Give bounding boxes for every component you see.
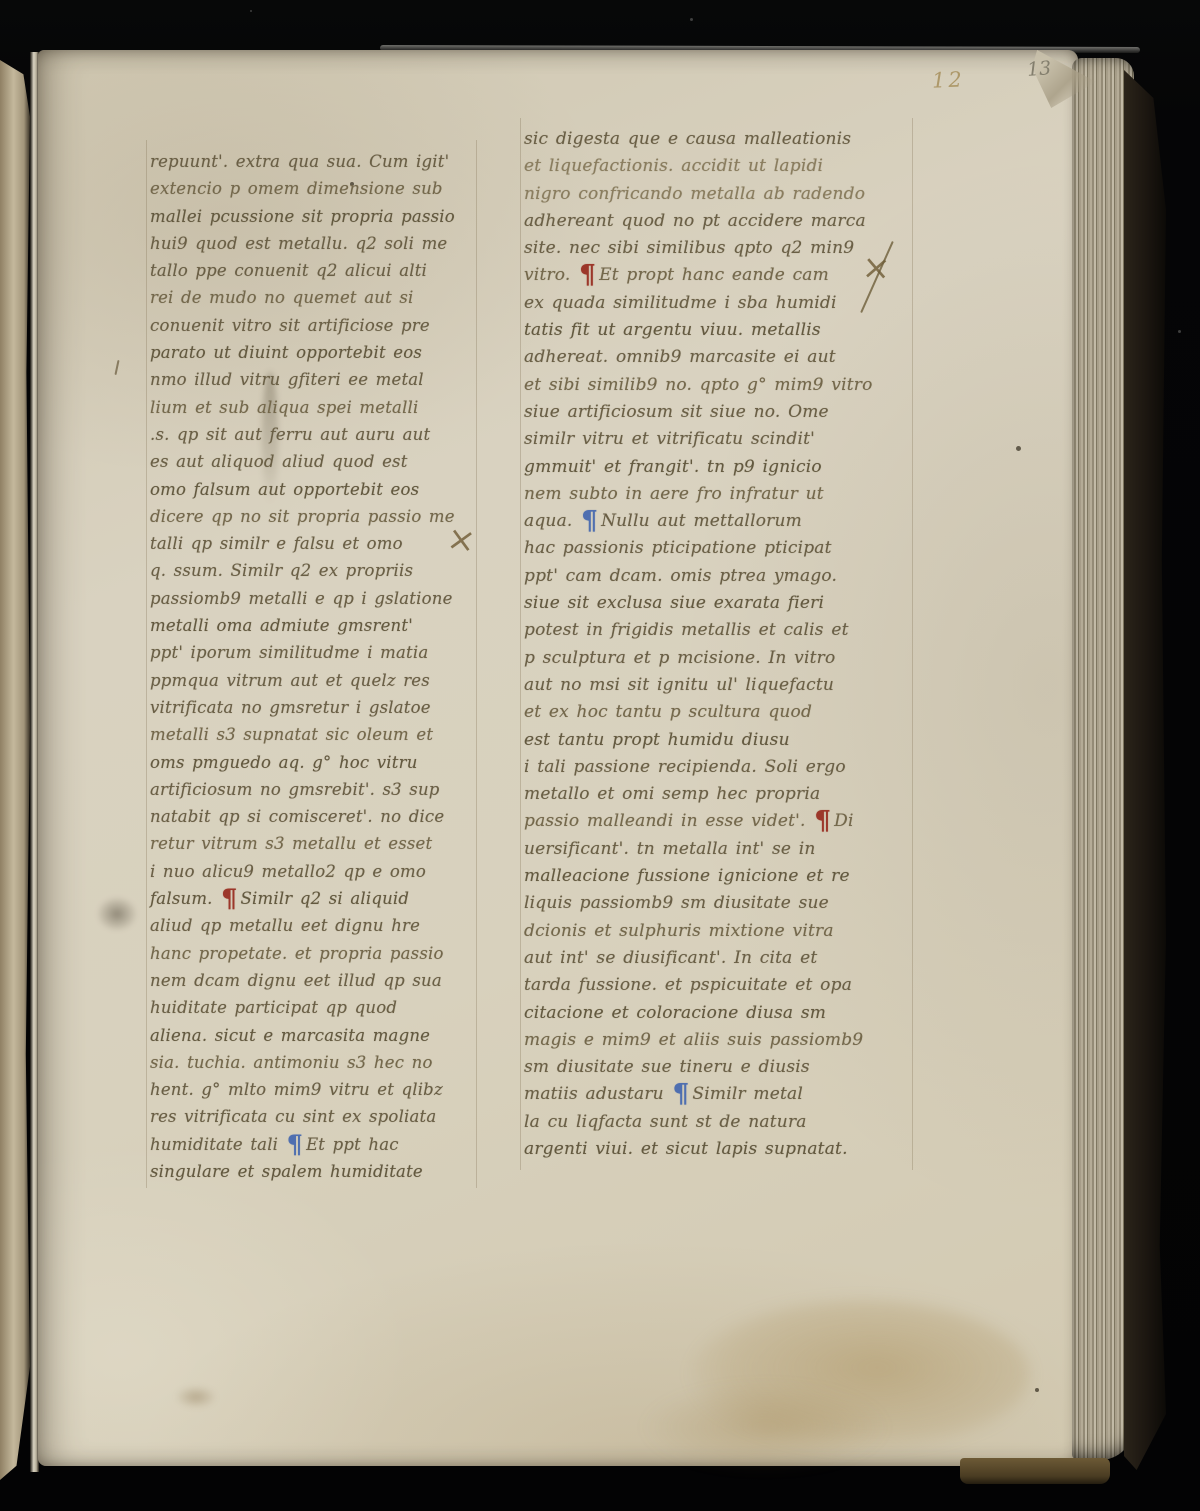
manuscript-line: aut no msi sit ignitu ul' liquefactu bbox=[524, 672, 910, 699]
manuscript-line: q. ssum. Similr q2 ex propriis bbox=[150, 557, 476, 584]
manuscript-line: vitrificata no gmsretur i gslatoe bbox=[150, 694, 476, 721]
manuscript-text-segment: metallo et omi semp hec propria bbox=[524, 784, 820, 804]
manuscript-line: nigro confricando metalla ab radendo bbox=[524, 181, 910, 208]
manuscript-text-segment: tarda fussione. et pspicuitate et opa bbox=[524, 975, 852, 995]
manuscript-line: et ex hoc tantu p scultura quod bbox=[524, 699, 910, 726]
manuscript-line: aut int' se diusificant'. In cita et bbox=[524, 945, 910, 972]
capitulum-mark-red-icon: ¶ bbox=[579, 259, 596, 290]
manuscript-text-segment: .s. qp sit aut ferru aut auru aut bbox=[150, 425, 430, 444]
manuscript-line: extencio p omem dimensione sub bbox=[150, 175, 476, 202]
manuscript-text-segment: et ex hoc tantu p scultura quod bbox=[524, 702, 812, 722]
manuscript-text-segment: oms pmguedo aq. g° hoc vitru bbox=[150, 753, 418, 772]
manuscript-text-segment: siue sit exclusa siue exarata fieri bbox=[524, 593, 824, 613]
manuscript-line: magis e mim9 et aliis suis passiomb9 bbox=[524, 1027, 910, 1054]
manuscript-line: potest in frigidis metallis et calis et bbox=[524, 617, 910, 644]
manuscript-line: falsum. ¶Similr q2 si aliquid bbox=[150, 885, 476, 912]
manuscript-text-segment: uersificant'. tn metalla int' se in bbox=[524, 839, 816, 859]
manuscript-line: natabit qp si comisceret'. no dice bbox=[150, 803, 476, 830]
manuscript-text-segment: talli qp similr e falsu et omo bbox=[150, 534, 403, 553]
manuscript-text-segment: ex quada similitudme i sba humidi bbox=[524, 293, 837, 313]
manuscript-text-segment: ppmqua vitrum aut et quelz res bbox=[150, 671, 430, 690]
manuscript-text-segment: nem dcam dignu eet illud qp sua bbox=[150, 971, 442, 990]
manuscript-text-segment: hanc propetate. et propria passio bbox=[150, 944, 444, 963]
dust-speck bbox=[1178, 330, 1181, 333]
manuscript-text-segment: aut int' se diusificant'. In cita et bbox=[524, 948, 817, 968]
manuscript-line: aqua. ¶Nullu aut mettallorum bbox=[524, 508, 910, 535]
manuscript-text-segment: nigro confricando metalla ab radendo bbox=[524, 184, 865, 204]
capitulum-mark-red-icon: ¶ bbox=[814, 805, 831, 836]
capitulum-mark-blue-icon: ¶ bbox=[287, 1130, 303, 1160]
manuscript-text-segment: argenti viui. et sicut lapis supnatat. bbox=[524, 1139, 848, 1159]
manuscript-line: sic digesta que e causa malleationis bbox=[524, 126, 910, 153]
manuscript-text-segment: i tali passione recipienda. Soli ergo bbox=[524, 757, 846, 777]
manuscript-line: et liquefactionis. accidit ut lapidi bbox=[524, 153, 910, 180]
manuscript-text-segment: passiomb9 metalli e qp i gslatione bbox=[150, 589, 453, 608]
manuscript-text-segment: Nullu aut mettallorum bbox=[601, 511, 802, 531]
manuscript-line: aliena. sicut e marcasita magne bbox=[150, 1022, 476, 1049]
manuscript-text-segment: Similr metal bbox=[692, 1084, 803, 1104]
manuscript-text-segment: citacione et coloracione diusa sm bbox=[524, 1003, 826, 1023]
manuscript-line: metalli oma admiute gmsrent' bbox=[150, 612, 476, 639]
manuscript-line: aliud qp metallu eet dignu hre bbox=[150, 912, 476, 939]
manuscript-text-segment: sm diusitate sue tineru e diusis bbox=[524, 1057, 810, 1077]
manuscript-line: talli qp similr e falsu et omo bbox=[150, 530, 476, 557]
manuscript-line: la cu liqfacta sunt st de natura bbox=[524, 1109, 910, 1136]
manuscript-text-segment: vitrificata no gmsretur i gslatoe bbox=[150, 698, 431, 717]
manuscript-line: .s. qp sit aut ferru aut auru aut bbox=[150, 421, 476, 448]
manuscript-line: est tantu propt humidu diusu bbox=[524, 727, 910, 754]
left-text-column: repuunt'. extra qua sua. Cum igit'extenc… bbox=[150, 148, 476, 1185]
manuscript-text-segment: repuunt'. extra qua sua. Cum igit' bbox=[150, 152, 449, 171]
manuscript-text-segment: gmmuit' et frangit'. tn p9 ignicio bbox=[524, 457, 822, 477]
manuscript-text-segment: nmo illud vitru gfiteri ee metal bbox=[150, 370, 424, 389]
manuscript-photo: repuunt'. extra qua sua. Cum igit'extenc… bbox=[0, 0, 1200, 1511]
manuscript-line: hanc propetate. et propria passio bbox=[150, 940, 476, 967]
manuscript-line: omo falsum aut opportebit eos bbox=[150, 476, 476, 503]
manuscript-text-segment: retur vitrum s3 metallu et esset bbox=[150, 834, 432, 853]
manuscript-text-segment: humiditate tali bbox=[150, 1135, 286, 1154]
manuscript-text-segment: et liquefactionis. accidit ut lapidi bbox=[524, 156, 823, 176]
manuscript-text-segment: aqua. bbox=[524, 511, 580, 531]
manuscript-text-segment: matiis adustaru bbox=[524, 1084, 671, 1104]
manuscript-text-segment: es aut aliquod aliud quod est bbox=[150, 452, 408, 471]
manuscript-line: es aut aliquod aliud quod est bbox=[150, 448, 476, 475]
manuscript-text-segment: Et propt hanc eande cam bbox=[599, 265, 829, 285]
manuscript-line: liquis passiomb9 sm diusitate sue bbox=[524, 890, 910, 917]
manuscript-line: huiditate participat qp quod bbox=[150, 994, 476, 1021]
dust-speck bbox=[250, 10, 252, 12]
manuscript-text-segment: mallei pcussione sit propria passio bbox=[150, 207, 455, 226]
manuscript-text-segment: vitro. bbox=[524, 265, 578, 285]
manuscript-line: tarda fussione. et pspicuitate et opa bbox=[524, 972, 910, 999]
manuscript-text-segment: dcionis et sulphuris mixtione vitra bbox=[524, 921, 834, 941]
manuscript-line: tallo ppe conuenit q2 alicui alti bbox=[150, 257, 476, 284]
manuscript-line: res vitrificata cu sint ex spoliata bbox=[150, 1103, 476, 1130]
manuscript-text-segment: tatis fit ut argentu viuu. metallis bbox=[524, 320, 821, 340]
manuscript-text-segment: et sibi similib9 no. qpto g° mim9 vitro bbox=[524, 375, 873, 395]
ink-smudge bbox=[96, 896, 138, 932]
manuscript-line: hent. g° mlto mim9 vitru et qlibz bbox=[150, 1076, 476, 1103]
ruling-line bbox=[520, 118, 521, 1170]
manuscript-text-segment: omo falsum aut opportebit eos bbox=[150, 480, 419, 499]
manuscript-text-segment: aut no msi sit ignitu ul' liquefactu bbox=[524, 675, 834, 695]
manuscript-text-segment: dicere qp no sit propria passio me bbox=[150, 507, 455, 526]
manuscript-text-segment: aliud qp metallu eet dignu hre bbox=[150, 916, 420, 935]
manuscript-text-segment: adhereant quod no pt accidere marca bbox=[524, 211, 866, 231]
manuscript-line: et sibi similib9 no. qpto g° mim9 vitro bbox=[524, 372, 910, 399]
manuscript-line: dcionis et sulphuris mixtione vitra bbox=[524, 918, 910, 945]
stain bbox=[640, 1382, 890, 1472]
manuscript-line: ppmqua vitrum aut et quelz res bbox=[150, 667, 476, 694]
manuscript-text-segment: hui9 quod est metallu. q2 soli me bbox=[150, 234, 447, 253]
manuscript-line: metallo et omi semp hec propria bbox=[524, 781, 910, 808]
manuscript-text-segment: site. nec sibi similibus qpto q2 min9 bbox=[524, 238, 854, 258]
manuscript-line: i tali passione recipienda. Soli ergo bbox=[524, 754, 910, 781]
previous-leaf-edge bbox=[0, 60, 30, 1480]
folio-number-ink: 12 bbox=[932, 67, 966, 92]
manuscript-line: passiomb9 metalli e qp i gslatione bbox=[150, 585, 476, 612]
manuscript-line: nmo illud vitru gfiteri ee metal bbox=[150, 366, 476, 393]
manuscript-text-segment: parato ut diuint opportebit eos bbox=[150, 343, 422, 362]
manuscript-line: conuenit vitro sit artificiose pre bbox=[150, 312, 476, 339]
manuscript-line: humiditate tali ¶Et ppt hac bbox=[150, 1131, 476, 1158]
manuscript-text-segment: Similr q2 si aliquid bbox=[241, 889, 410, 908]
manuscript-line: parato ut diuint opportebit eos bbox=[150, 339, 476, 366]
manuscript-text-segment: hent. g° mlto mim9 vitru et qlibz bbox=[150, 1080, 443, 1099]
manuscript-line: repuunt'. extra qua sua. Cum igit' bbox=[150, 148, 476, 175]
capitulum-mark-red-icon: ¶ bbox=[221, 884, 237, 914]
manuscript-line: site. nec sibi similibus qpto q2 min9 bbox=[524, 235, 910, 262]
capitulum-mark-blue-icon: ¶ bbox=[672, 1078, 689, 1109]
manuscript-text-segment: siue artificiosum sit siue no. Ome bbox=[524, 402, 829, 422]
manuscript-text-segment: aliena. sicut e marcasita magne bbox=[150, 1026, 430, 1045]
speck bbox=[1035, 1388, 1039, 1392]
manuscript-text-segment: hac passionis pticipatione pticipat bbox=[524, 538, 832, 558]
dust-speck bbox=[690, 18, 693, 21]
manuscript-line: ex quada similitudme i sba humidi bbox=[524, 290, 910, 317]
manuscript-line: dicere qp no sit propria passio me bbox=[150, 503, 476, 530]
ruling-line bbox=[146, 140, 147, 1188]
manuscript-text-segment: p sculptura et p mcisione. In vitro bbox=[524, 648, 835, 668]
manuscript-text-segment: Di bbox=[834, 811, 853, 831]
right-text-column: sic digesta que e causa malleationiset l… bbox=[524, 126, 910, 1163]
manuscript-text-segment: sia. tuchia. antimoniu s3 hec no bbox=[150, 1053, 433, 1072]
book-cover-bottom-tab bbox=[960, 1458, 1110, 1484]
manuscript-text-segment: i nuo alicu9 metallo2 qp e omo bbox=[150, 862, 426, 881]
manuscript-line: similr vitru et vitrificatu scindit' bbox=[524, 426, 910, 453]
manuscript-text-segment: sic digesta que e causa malleationis bbox=[524, 129, 851, 149]
manuscript-text-segment: q. ssum. Similr q2 ex propriis bbox=[150, 561, 413, 580]
manuscript-line: passio malleandi in esse videt'. ¶Di bbox=[524, 808, 910, 835]
manuscript-line: hac passionis pticipatione pticipat bbox=[524, 535, 910, 562]
manuscript-line: lium et sub aliqua spei metalli bbox=[150, 394, 476, 421]
manuscript-line: adhereat. omnib9 marcasite ei aut bbox=[524, 344, 910, 371]
manuscript-text-segment: rei de mudo no quemet aut si bbox=[150, 288, 414, 307]
manuscript-line: sm diusitate sue tineru e diusis bbox=[524, 1054, 910, 1081]
manuscript-line: gmmuit' et frangit'. tn p9 ignicio bbox=[524, 454, 910, 481]
manuscript-text-segment: conuenit vitro sit artificiose pre bbox=[150, 316, 430, 335]
manuscript-line: hui9 quod est metallu. q2 soli me bbox=[150, 230, 476, 257]
manuscript-line: nem subto in aere fro infratur ut bbox=[524, 481, 910, 508]
folio-number-pencil: 13 bbox=[1026, 57, 1052, 81]
ruling-line bbox=[476, 140, 477, 1188]
manuscript-line: tatis fit ut argentu viuu. metallis bbox=[524, 317, 910, 344]
manuscript-text-segment: magis e mim9 et aliis suis passiomb9 bbox=[524, 1030, 863, 1050]
manuscript-text-segment: similr vitru et vitrificatu scindit' bbox=[524, 429, 815, 449]
ruling-line bbox=[912, 118, 913, 1170]
manuscript-text-segment: la cu liqfacta sunt st de natura bbox=[524, 1112, 807, 1132]
manuscript-text-segment: ppt' iporum similitudme i matia bbox=[150, 643, 428, 662]
manuscript-line: siue artificiosum sit siue no. Ome bbox=[524, 399, 910, 426]
speck bbox=[1016, 446, 1021, 451]
manuscript-line: citacione et coloracione diusa sm bbox=[524, 1000, 910, 1027]
manuscript-line: ppt' cam dcam. omis ptrea ymago. bbox=[524, 563, 910, 590]
manuscript-line: oms pmguedo aq. g° hoc vitru bbox=[150, 749, 476, 776]
manuscript-text-segment: potest in frigidis metallis et calis et bbox=[524, 620, 849, 640]
manuscript-line: rei de mudo no quemet aut si bbox=[150, 284, 476, 311]
manuscript-text-segment: tallo ppe conuenit q2 alicui alti bbox=[150, 261, 427, 280]
manuscript-text-segment: falsum. bbox=[150, 889, 220, 908]
manuscript-line: sia. tuchia. antimoniu s3 hec no bbox=[150, 1049, 476, 1076]
manuscript-text-segment: huiditate participat qp quod bbox=[150, 998, 397, 1017]
manuscript-line: retur vitrum s3 metallu et esset bbox=[150, 830, 476, 857]
manuscript-text-segment: Et ppt hac bbox=[306, 1135, 399, 1154]
manuscript-line: metalli s3 supnatat sic oleum et bbox=[150, 721, 476, 748]
manuscript-line: siue sit exclusa siue exarata fieri bbox=[524, 590, 910, 617]
manuscript-text-segment: est tantu propt humidu diusu bbox=[524, 730, 790, 750]
manuscript-line: matiis adustaru ¶Similr metal bbox=[524, 1081, 910, 1108]
manuscript-text-segment: metalli oma admiute gmsrent' bbox=[150, 616, 413, 635]
manuscript-text-segment: adhereat. omnib9 marcasite ei aut bbox=[524, 347, 836, 367]
manuscript-text-segment: artificiosum no gmsrebit'. s3 sup bbox=[150, 780, 440, 799]
manuscript-text-segment: passio malleandi in esse videt'. bbox=[524, 811, 813, 831]
manuscript-text-segment: res vitrificata cu sint ex spoliata bbox=[150, 1107, 436, 1126]
manuscript-line: vitro. ¶Et propt hanc eande cam bbox=[524, 262, 910, 289]
manuscript-text-segment: ppt' cam dcam. omis ptrea ymago. bbox=[524, 566, 837, 586]
manuscript-text-segment: malleacione fussione ignicione et re bbox=[524, 866, 850, 886]
manuscript-line: malleacione fussione ignicione et re bbox=[524, 863, 910, 890]
manuscript-line: uersificant'. tn metalla int' se in bbox=[524, 836, 910, 863]
stain bbox=[176, 1386, 216, 1408]
capitulum-mark-blue-icon: ¶ bbox=[581, 505, 598, 536]
manuscript-text-segment: singulare et spalem humiditate bbox=[150, 1162, 423, 1181]
book-cover-edge bbox=[1124, 70, 1166, 1470]
manuscript-line: ppt' iporum similitudme i matia bbox=[150, 639, 476, 666]
manuscript-text-segment: metalli s3 supnatat sic oleum et bbox=[150, 725, 433, 744]
manuscript-line: adhereant quod no pt accidere marca bbox=[524, 208, 910, 235]
manuscript-line: p sculptura et p mcisione. In vitro bbox=[524, 645, 910, 672]
manuscript-text-segment: extencio p omem dimensione sub bbox=[150, 179, 443, 198]
manuscript-text-segment: liquis passiomb9 sm diusitate sue bbox=[524, 893, 829, 913]
manuscript-text-segment: lium et sub aliqua spei metalli bbox=[150, 398, 419, 417]
manuscript-line: singulare et spalem humiditate bbox=[150, 1158, 476, 1185]
manuscript-text-segment: natabit qp si comisceret'. no dice bbox=[150, 807, 444, 826]
manuscript-line: mallei pcussione sit propria passio bbox=[150, 203, 476, 230]
manuscript-line: i nuo alicu9 metallo2 qp e omo bbox=[150, 858, 476, 885]
manuscript-line: nem dcam dignu eet illud qp sua bbox=[150, 967, 476, 994]
manuscript-text-segment: nem subto in aere fro infratur ut bbox=[524, 484, 824, 504]
manuscript-line: argenti viui. et sicut lapis supnatat. bbox=[524, 1136, 910, 1163]
manuscript-line: artificiosum no gmsrebit'. s3 sup bbox=[150, 776, 476, 803]
